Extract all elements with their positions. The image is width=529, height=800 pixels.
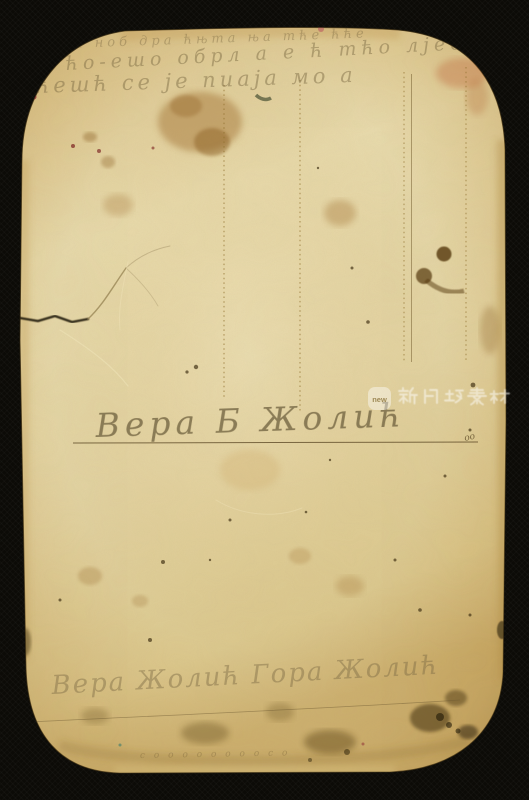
- stain: [103, 194, 133, 216]
- stain: [194, 128, 230, 156]
- stain: [324, 200, 356, 226]
- stain: [480, 306, 500, 354]
- stain: [289, 548, 311, 564]
- stain: [78, 567, 102, 585]
- stain: [266, 703, 294, 721]
- stain: [181, 722, 229, 744]
- stain: [170, 95, 202, 117]
- stain: [83, 132, 97, 142]
- stain: [220, 450, 280, 490]
- stain: [81, 708, 109, 724]
- ink-blot: [437, 247, 452, 262]
- photo-of-postcard: 新片场素材: [0, 0, 529, 800]
- stain: [101, 156, 115, 168]
- stain: [410, 704, 450, 732]
- reddish-stain: [466, 79, 488, 115]
- stain: [458, 725, 478, 739]
- stain: [336, 576, 364, 596]
- teal-speck: [119, 744, 122, 747]
- postcard: oo ић ноб дра ћњта ња тће: [14, 24, 514, 780]
- stain: [445, 690, 467, 706]
- postcard-scene: oo ић ноб дра ћњта ња тће: [0, 0, 529, 800]
- watermark-badge-label: new: [372, 395, 387, 404]
- edge-smudge: [497, 621, 507, 639]
- stain: [132, 595, 148, 607]
